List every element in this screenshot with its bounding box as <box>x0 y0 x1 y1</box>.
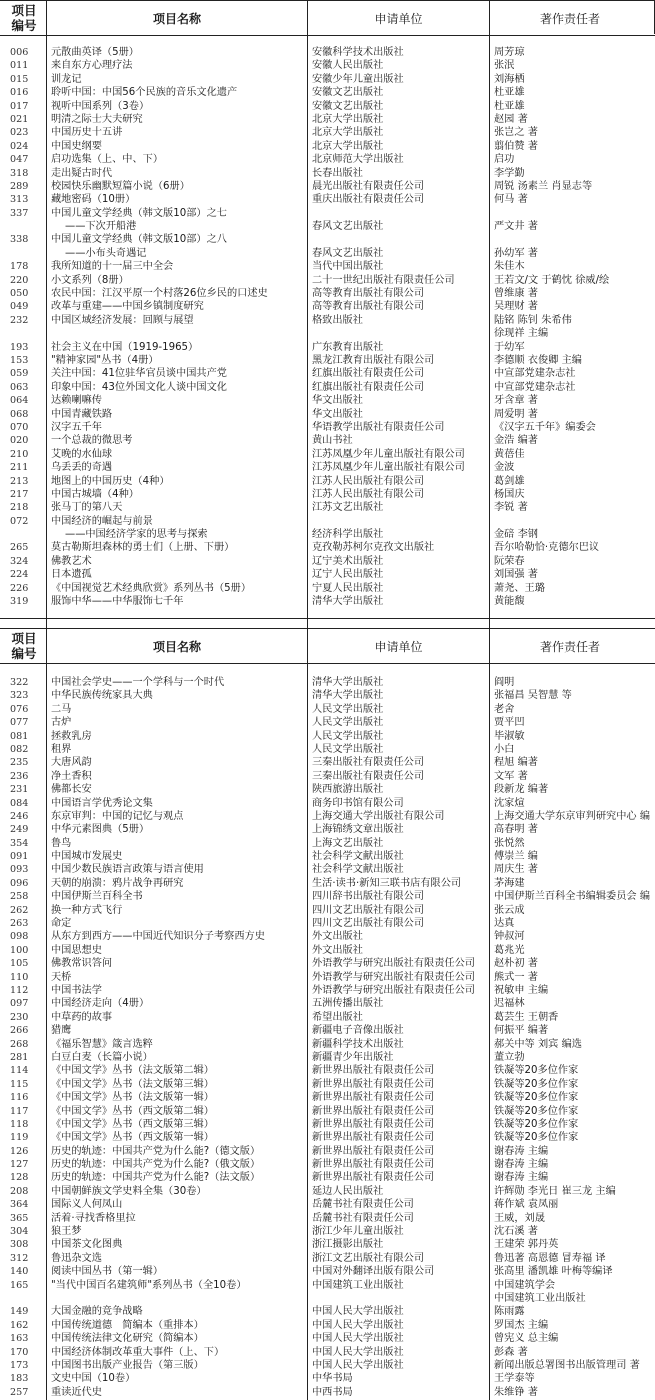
header-project-id: 项目 编号 <box>4 629 44 663</box>
author-cell: 朱佳木 <box>494 260 654 273</box>
project-name-cell: 中国传统法律文化研究（简编本） <box>51 1332 307 1345</box>
author-cell: 茅海建 <box>494 877 654 890</box>
project-id-cell: 289 <box>10 180 40 193</box>
project-id-cell: 213 <box>10 475 40 488</box>
table-row: 268《福乐智慧》箴言选粹新疆科学技术出版社郝关中等 刘宾 编选 <box>0 1038 655 1051</box>
author-cell: 周庆生 著 <box>494 863 654 876</box>
applicant-unit-cell: 红旗出版社有限责任公司 <box>312 367 488 380</box>
author-cell: 中宣部党建杂志社 <box>494 367 654 380</box>
author-cell: 钟叔河 <box>494 930 654 943</box>
author-cell: 李锐 著 <box>494 501 654 514</box>
project-id-cell: 049 <box>10 300 40 313</box>
author-cell: 铁凝等20多位作家 <box>494 1091 654 1104</box>
table-row: ——下次开船港春风文艺出版社严文井 著 <box>0 220 655 233</box>
table-row: 006元散曲英译（5册）安徽科学技术出版社周芳琼 <box>0 46 655 59</box>
author-cell: 中国伊斯兰百科全书编辑委员会 编 <box>494 890 654 903</box>
project-id-cell: 324 <box>10 555 40 568</box>
applicant-unit-cell: 高等教育出版社有限公司 <box>312 300 488 313</box>
project-id-cell: 208 <box>10 1185 40 1198</box>
project-name-cell: 天朝的崩溃：鸦片战争再研究 <box>51 877 307 890</box>
applicant-unit-cell: 安徽文艺出版社 <box>312 100 488 113</box>
project-name-cell: 聆听中国：中国56个民族的音乐文化遗产 <box>51 86 307 99</box>
table-row: 097中国经济走向（4册）五洲传播出版社迟福林 <box>0 997 655 1010</box>
author-cell: 金碚 李钢 <box>494 528 654 541</box>
author-cell: 阎明 <box>494 676 654 689</box>
applicant-unit-cell: 人民文学出版社 <box>312 730 488 743</box>
applicant-unit-cell: 新疆青少年出版社 <box>312 1051 488 1064</box>
table-row: 232中国区域经济发展：回顾与展望格致出版社陆铭 陈钊 朱希伟 <box>0 314 655 327</box>
applicant-unit-cell: 当代中国出版社 <box>312 260 488 273</box>
project-id-cell: 165 <box>10 1279 40 1292</box>
project-id-cell: 047 <box>10 153 40 166</box>
table-row: 170中国经济体制改革重大事件（上、下）中国人民大学出版社彭森 著 <box>0 1346 655 1359</box>
project-name-cell: ——中国经济学家的思考与探索 <box>51 528 321 541</box>
applicant-unit-cell: 四川文艺出版社有限公司 <box>312 917 488 930</box>
project-id-cell: 262 <box>10 904 40 917</box>
table-row: 262换一种方式飞行四川文艺出版社有限公司张云成 <box>0 904 655 917</box>
applicant-unit-cell: 中国人民大学出版社 <box>312 1305 488 1318</box>
project-name-cell: 猎鹰 <box>51 1024 307 1037</box>
table-row: 096天朝的崩溃：鸦片战争再研究生活·读书·新知三联书店有限公司茅海建 <box>0 877 655 890</box>
applicant-unit-cell: 社会科学文献出版社 <box>312 863 488 876</box>
project-id-cell: 082 <box>10 743 40 756</box>
table-row: 226《中国视觉艺术经典欣赏》系列丛书（5册）宁夏人民出版社萧尧、王璐 <box>0 582 655 595</box>
author-cell: 曾维康 著 <box>494 287 654 300</box>
project-name-cell: 从东方到西方——中国近代知识分子考察西方史 <box>51 930 307 943</box>
project-name-cell: 中国历史十五讲 <box>51 126 307 139</box>
table-row: 213地图上的中国历史（4种）江苏人民出版社有限公司葛剑雄 <box>0 475 655 488</box>
project-name-cell: 阅读中国丛书（第一辑） <box>51 1265 307 1278</box>
project-id-cell: 024 <box>10 140 40 153</box>
project-name-cell: 中国少数民族语言政策与语言使用 <box>51 863 307 876</box>
table-row: 119《中国文学》丛书（西文版第一辑）新世界出版社有限责任公司铁凝等20多位作家 <box>0 1131 655 1144</box>
project-id-cell: 312 <box>10 1252 40 1265</box>
project-id-cell: 232 <box>10 314 40 327</box>
applicant-unit-cell: 江苏人民出版社有限公司 <box>312 475 488 488</box>
author-cell: 高春明 著 <box>494 823 654 836</box>
table-row: 072中国经济的崛起与前景 <box>0 515 655 528</box>
applicant-unit-cell: 清华大学出版社 <box>312 689 488 702</box>
table-row: 304狼王梦浙江少年儿童出版社沈石溪 著 <box>0 1225 655 1238</box>
table-row: 263命定四川文艺出版社有限公司达真 <box>0 917 655 930</box>
project-id-cell: 059 <box>10 367 40 380</box>
author-cell: 于幼军 <box>494 341 654 354</box>
project-name-cell: 中华民族传统家具大典 <box>51 689 307 702</box>
project-id-cell: 268 <box>10 1038 40 1051</box>
project-id-cell: 115 <box>10 1078 40 1091</box>
table-row: 165"当代中国百名建筑师"系列丛书（全10卷）中国建筑工业出版社中国建筑学会 <box>0 1279 655 1292</box>
applicant-unit-cell: 岳麓书社有限责任公司 <box>312 1212 488 1225</box>
project-name-cell: 《中国视觉艺术经典欣赏》系列丛书（5册） <box>51 582 307 595</box>
project-id-cell: 258 <box>10 890 40 903</box>
header-project-name: 项目名称 <box>47 1 307 35</box>
project-name-cell: 鲁鸟 <box>51 837 307 850</box>
project-id-cell: 235 <box>10 756 40 769</box>
applicant-unit-cell: 华文出版社 <box>312 394 488 407</box>
applicant-unit-cell: 上海锦绣文章出版社 <box>312 823 488 836</box>
table-row: 365活着·寻找香格里拉岳麓书社有限责任公司王威，刘晟 <box>0 1212 655 1225</box>
author-cell: 李德顺 衣俊卿 主编 <box>494 354 654 367</box>
applicant-unit-cell: 辽宁人民出版社 <box>312 568 488 581</box>
applicant-unit-cell: 重庆出版社有限责任公司 <box>312 193 488 206</box>
author-cell: 许辉勋 李光日 崔三龙 主编 <box>494 1185 654 1198</box>
project-id-cell: 110 <box>10 971 40 984</box>
project-name-cell: 中国伊斯兰百科全书 <box>51 890 307 903</box>
applicant-unit-cell: 延边人民出版社 <box>312 1185 488 1198</box>
table-row: 249中华元素图典（5册）上海锦绣文章出版社高春明 著 <box>0 823 655 836</box>
project-name-cell: 佛教常识答问 <box>51 957 307 970</box>
author-cell: 董立勃 <box>494 1051 654 1064</box>
table-header: 项目 编号 项目名称 申请单位 著作责任者 <box>0 0 655 36</box>
project-id-cell: 020 <box>10 434 40 447</box>
project-id-cell: 064 <box>10 394 40 407</box>
table-row: 063印象中国：43位外国文化人谈中国文化红旗出版社有限责任公司中宣部党建杂志社 <box>0 381 655 394</box>
table-row: 235大唐风韵三秦出版社有限责任公司程旭 编著 <box>0 756 655 769</box>
project-name-cell: 换一种方式飞行 <box>51 904 307 917</box>
table-row: 016聆听中国：中国56个民族的音乐文化遗产安徽文艺出版社杜亚雄 <box>0 86 655 99</box>
header-id-line1: 项目 <box>11 631 36 646</box>
project-id-cell: 226 <box>10 582 40 595</box>
project-id-cell: 220 <box>10 274 40 287</box>
project-id-cell: 153 <box>10 354 40 367</box>
project-id-cell: 128 <box>10 1171 40 1184</box>
project-name-cell: 训龙记 <box>51 73 307 86</box>
table-body: 322中国社会学史——一个学科与一个时代清华大学出版社阎明323中华民族传统家具… <box>0 676 655 1399</box>
project-id-cell: 070 <box>10 421 40 434</box>
applicant-unit-cell: 安徽文艺出版社 <box>312 86 488 99</box>
project-id-cell: 178 <box>10 260 40 273</box>
project-id-cell: 266 <box>10 1024 40 1037</box>
project-id-cell: 338 <box>10 233 40 246</box>
project-id-cell: 170 <box>10 1346 40 1359</box>
project-id-cell: 126 <box>10 1145 40 1158</box>
author-cell: 孙幼军 著 <box>494 247 654 260</box>
project-name-cell: 我所知道的十一届三中全会 <box>51 260 307 273</box>
project-id-cell: 173 <box>10 1359 40 1372</box>
table-row: 114《中国文学》丛书（法文版第二辑）新世界出版社有限责任公司铁凝等20多位作家 <box>0 1064 655 1077</box>
applicant-unit-cell: 华语教学出版社有限责任公司 <box>312 421 488 434</box>
project-id-cell: 163 <box>10 1332 40 1345</box>
author-cell: 铁凝等20多位作家 <box>494 1131 654 1144</box>
author-cell: 贾平凹 <box>494 716 654 729</box>
table-row: 364国际义人何凤山岳麓书社有限责任公司蒋作斌 袁凤丽 <box>0 1198 655 1211</box>
table-row: 173中国图书出版产业报告（第三版）中国人民大学出版社新闻出版总署图书出版管理司… <box>0 1359 655 1372</box>
project-name-cell: 中国朝鲜族文学史料全集（30卷） <box>51 1185 307 1198</box>
table-row: 257重读近代史中西书局朱维铮 著 <box>0 1386 655 1399</box>
table-row: 318走出疑古时代长春出版社李学勤 <box>0 167 655 180</box>
table-row: 323中华民族传统家具大典清华大学出版社张福昌 吴智慧 等 <box>0 689 655 702</box>
project-name-cell: 中草药的故事 <box>51 1011 307 1024</box>
table-row: 322中国社会学史——一个学科与一个时代清华大学出版社阎明 <box>0 676 655 689</box>
applicant-unit-cell: 北京师范大学出版社 <box>312 153 488 166</box>
author-cell: 郝关中等 刘宾 编选 <box>494 1038 654 1051</box>
author-cell: 朱维铮 著 <box>494 1386 654 1399</box>
applicant-unit-cell: 陕西旅游出版社 <box>312 783 488 796</box>
project-id-cell: 016 <box>10 86 40 99</box>
project-id-cell: 365 <box>10 1212 40 1225</box>
project-name-cell: ——小布头奇遇记 <box>51 247 321 260</box>
applicant-unit-cell: 经济科学出版社 <box>312 528 488 541</box>
project-name-cell: 中国儿童文学经典（韩文版10部）之八 <box>51 233 307 246</box>
applicant-unit-cell: 新世界出版社有限责任公司 <box>312 1158 488 1171</box>
author-cell: 启功 <box>494 153 654 166</box>
project-name-cell: 中国经济体制改革重大事件（上、下） <box>51 1346 307 1359</box>
author-cell: 鲁迅著 高恩德 冒寿福 译 <box>494 1252 654 1265</box>
project-id-cell: 140 <box>10 1265 40 1278</box>
table-row: 115《中国文学》丛书（法文版第三辑）新世界出版社有限责任公司铁凝等20多位作家 <box>0 1078 655 1091</box>
project-name-cell: 狼王梦 <box>51 1225 307 1238</box>
project-name-cell: 二马 <box>51 703 307 716</box>
project-name-cell: 历史的轨迹：中国共产党为什么能?（俄文版） <box>51 1158 307 1171</box>
project-name-cell: 校园快乐幽默短篇小说（6册） <box>51 180 307 193</box>
applicant-unit-cell: 广东教育出版社 <box>312 341 488 354</box>
table-row: 064达赖喇嘛传华文出版社牙含章 著 <box>0 394 655 407</box>
applicant-unit-cell: 北京大学出版社 <box>312 140 488 153</box>
author-cell: 沈家煊 <box>494 797 654 810</box>
author-cell: 杜亚雄 <box>494 86 654 99</box>
project-name-cell: "精神家园"丛书（4册） <box>51 354 307 367</box>
author-cell: 杜亚雄 <box>494 100 654 113</box>
project-id-cell: 119 <box>10 1131 40 1144</box>
author-cell: 吴理财 著 <box>494 300 654 313</box>
table-row: 211乌丢丢的奇遇江苏凤凰少年儿童出版社有限公司金波 <box>0 461 655 474</box>
author-cell: 罗国杰 主编 <box>494 1319 654 1332</box>
project-id-cell: 210 <box>10 448 40 461</box>
table-row: 289校园快乐幽默短篇小说（6册）晨光出版社有限责任公司周锐 汤素兰 肖显志等 <box>0 180 655 193</box>
table-row: 098从东方到西方——中国近代知识分子考察西方史外文出版社钟叔河 <box>0 930 655 943</box>
author-cell: 新闻出版总署图书出版管理司 著 <box>494 1359 654 1372</box>
project-id-cell: 068 <box>10 408 40 421</box>
applicant-unit-cell: 外文出版社 <box>312 944 488 957</box>
applicant-unit-cell: 清华大学出版社 <box>312 676 488 689</box>
table-row: 354鲁鸟上海文艺出版社张悦然 <box>0 837 655 850</box>
project-name-cell: 中国思想史 <box>51 944 307 957</box>
table-row: 077古炉人民文学出版社贾平凹 <box>0 716 655 729</box>
project-name-cell: 大唐风韵 <box>51 756 307 769</box>
applicant-unit-cell: 新世界出版社有限责任公司 <box>312 1131 488 1144</box>
project-name-cell: 大国金融的竞争战略 <box>51 1305 307 1318</box>
applicant-unit-cell: 格致出版社 <box>312 314 488 327</box>
project-name-cell: 白豆白麦（长篇小说） <box>51 1051 307 1064</box>
table-row: 266猎鹰新疆电子音像出版社何振平 编著 <box>0 1024 655 1037</box>
author-cell: 金浩 编著 <box>494 434 654 447</box>
author-cell: 铁凝等20多位作家 <box>494 1078 654 1091</box>
applicant-unit-cell: 中国人民大学出版社 <box>312 1346 488 1359</box>
author-cell: 上海交通大学东京审判研究中心 编 <box>494 810 654 823</box>
author-cell: 王威，刘晟 <box>494 1212 654 1225</box>
project-name-cell: 中华元素图典（5册） <box>51 823 307 836</box>
author-cell: 老舍 <box>494 703 654 716</box>
applicant-unit-cell: 清华大学出版社 <box>312 595 488 608</box>
author-cell: 陈雨露 <box>494 1305 654 1318</box>
project-id-cell: 076 <box>10 703 40 716</box>
table-row: 153"精神家园"丛书（4册）黑龙江教育出版社有限公司李德顺 衣俊卿 主编 <box>0 354 655 367</box>
project-name-cell: 张马丁的第八天 <box>51 501 307 514</box>
project-name-cell: 视听中国系列（3卷） <box>51 100 307 113</box>
applicant-unit-cell: 三秦出版社有限责任公司 <box>312 770 488 783</box>
project-name-cell: 乌丢丢的奇遇 <box>51 461 307 474</box>
header-id-line1: 项目 <box>11 3 36 18</box>
project-id-cell: 077 <box>10 716 40 729</box>
project-id-cell: 217 <box>10 488 40 501</box>
table-row: 313藏地密码（10册）重庆出版社有限责任公司何马 著 <box>0 193 655 206</box>
table-row: ——小布头奇遇记春风文艺出版社孙幼军 著 <box>0 247 655 260</box>
author-cell: 谢春涛 主编 <box>494 1171 654 1184</box>
author-cell: 谢春涛 主编 <box>494 1145 654 1158</box>
table-row: 178我所知道的十一届三中全会当代中国出版社朱佳木 <box>0 260 655 273</box>
table-row: 265莫古勒斯坦森林的勇士们（上册、下册）克孜勒苏柯尔克孜文出版社吾尔哈勒恰·克… <box>0 541 655 554</box>
table-bottom-border <box>0 618 655 619</box>
project-id-cell: 127 <box>10 1158 40 1171</box>
applicant-unit-cell: 克孜勒苏柯尔克孜文出版社 <box>312 541 488 554</box>
project-name-cell: 社会主义在中国（1919-1965） <box>51 341 307 354</box>
applicant-unit-cell: 商务印书馆有限公司 <box>312 797 488 810</box>
table-row: 128历史的轨迹：中国共产党为什么能?（法文版）新世界出版社有限责任公司谢春涛 … <box>0 1171 655 1184</box>
author-cell: 铁凝等20多位作家 <box>494 1105 654 1118</box>
applicant-unit-cell: 江苏人民出版社有限公司 <box>312 488 488 501</box>
applicant-unit-cell: 二十一世纪出版社有限责任公司 <box>312 274 488 287</box>
project-name-cell: 改革与重建——中国乡镇制度研究 <box>51 300 307 313</box>
header-project-id: 项目 编号 <box>4 1 44 35</box>
project-id-cell: 308 <box>10 1238 40 1251</box>
applicant-unit-cell: 北京大学出版社 <box>312 113 488 126</box>
table-row: 236净土香积三秦出版社有限责任公司文军 著 <box>0 770 655 783</box>
project-name-cell: 小文系列（8册） <box>51 274 307 287</box>
project-name-cell: ——下次开船港 <box>51 220 321 233</box>
project-id-cell: 015 <box>10 73 40 86</box>
project-id-cell: 318 <box>10 167 40 180</box>
author-cell: 段新龙 编著 <box>494 783 654 796</box>
project-name-cell: "当代中国百名建筑师"系列丛书（全10卷） <box>51 1279 307 1292</box>
author-cell: 杨国庆 <box>494 488 654 501</box>
author-cell: 牙含章 著 <box>494 394 654 407</box>
author-cell: 毕淑敏 <box>494 730 654 743</box>
author-cell: 彭森 著 <box>494 1346 654 1359</box>
project-name-cell: 中国城市发展史 <box>51 850 307 863</box>
author-cell: 蒋作斌 袁凤丽 <box>494 1198 654 1211</box>
table-header: 项目 编号 项目名称 申请单位 著作责任者 <box>0 628 655 664</box>
project-id-cell: 231 <box>10 783 40 796</box>
project-name-cell: 中国青藏铁路 <box>51 408 307 421</box>
author-cell: 刘国强 著 <box>494 568 654 581</box>
applicant-unit-cell: 春风文艺出版社 <box>312 220 488 233</box>
table-row: 220小文系列（8册）二十一世纪出版社有限责任公司王若文/文 于鹤忱 徐威/绘 <box>0 274 655 287</box>
table-row: 230中草药的故事希望出版社葛芸生 王朝香 <box>0 1011 655 1024</box>
project-id-cell: 072 <box>10 515 40 528</box>
table-row: 081拯救乳房人民文学出版社毕淑敏 <box>0 730 655 743</box>
applicant-unit-cell: 黄山书社 <box>312 434 488 447</box>
project-id-cell: 081 <box>10 730 40 743</box>
applicant-unit-cell: 五洲传播出版社 <box>312 997 488 1010</box>
applicant-unit-cell: 中国建筑工业出版社 <box>312 1279 488 1292</box>
table-row: 050农民中国：江汉平原一个村落26位乡民的口述史高等教育出版社有限公司曾维康 … <box>0 287 655 300</box>
project-id-cell: 323 <box>10 689 40 702</box>
table-row: 047启功选集（上、中、下）北京师范大学出版社启功 <box>0 153 655 166</box>
author-cell: 严文井 著 <box>494 220 654 233</box>
project-name-cell: 中国古城墙（4种） <box>51 488 307 501</box>
project-id-cell: 249 <box>10 823 40 836</box>
table-row: 193社会主义在中国（1919-1965）广东教育出版社于幼军 <box>0 341 655 354</box>
author-cell: 赵朴初 著 <box>494 957 654 970</box>
author-cell: 祝敏申 主编 <box>494 984 654 997</box>
project-name-cell: 鲁迅杂文选 <box>51 1252 307 1265</box>
project-id-cell: 218 <box>10 501 40 514</box>
project-id-cell: 063 <box>10 381 40 394</box>
applicant-unit-cell: 长春出版社 <box>312 167 488 180</box>
author-cell: 黄能馥 <box>494 595 654 608</box>
project-name-cell: 汉字五千年 <box>51 421 307 434</box>
header-id-line2: 编号 <box>11 18 36 33</box>
project-name-cell: 走出疑古时代 <box>51 167 307 180</box>
author-cell: 铁凝等20多位作家 <box>494 1118 654 1131</box>
applicant-unit-cell: 新疆电子音像出版社 <box>312 1024 488 1037</box>
project-id-cell: 149 <box>10 1305 40 1318</box>
table-row: 110天桥外语教学与研究出版社有限责任公司熊式一 著 <box>0 971 655 984</box>
table-row: 091中国城市发展史社会科学文献出版社傅崇兰 编 <box>0 850 655 863</box>
project-id-cell: 337 <box>10 207 40 220</box>
project-id-cell: 364 <box>10 1198 40 1211</box>
project-id-cell: 023 <box>10 126 40 139</box>
author-cell: 张泯 <box>494 59 654 72</box>
header-id-line2: 编号 <box>11 646 36 661</box>
project-id-cell: 091 <box>10 850 40 863</box>
project-name-cell: 佛教艺术 <box>51 555 307 568</box>
project-id-cell: 017 <box>10 100 40 113</box>
author-cell: 王若文/文 于鹤忱 徐威/绘 <box>494 274 654 287</box>
project-name-cell: 中国社会学史——一个学科与一个时代 <box>51 676 307 689</box>
project-name-cell: 中国书法学 <box>51 984 307 997</box>
project-id-cell: 105 <box>10 957 40 970</box>
project-name-cell: 中国茶文化图典 <box>51 1238 307 1251</box>
applicant-unit-cell: 新世界出版社有限责任公司 <box>312 1091 488 1104</box>
table-row: 023中国历史十五讲北京大学出版社张岂之 著 <box>0 126 655 139</box>
project-name-cell: 《中国文学》丛书（法文版第一辑） <box>51 1091 307 1104</box>
applicant-unit-cell: 上海文艺出版社 <box>312 837 488 850</box>
author-cell: 葛剑雄 <box>494 475 654 488</box>
applicant-unit-cell: 新世界出版社有限责任公司 <box>312 1078 488 1091</box>
applicant-unit-cell: 人民文学出版社 <box>312 703 488 716</box>
applicant-unit-cell: 浙江摄影出版社 <box>312 1238 488 1251</box>
table-row: 246东京审判：中国的记忆与观点上海交通大学出版社有限公司上海交通大学东京审判研… <box>0 810 655 823</box>
author-cell: 周芳琼 <box>494 46 654 59</box>
project-name-cell: 东京审判：中国的记忆与观点 <box>51 810 307 823</box>
header-author: 著作责任者 <box>490 1 650 35</box>
applicant-unit-cell: 四川辞书出版社有限公司 <box>312 890 488 903</box>
table-row: 319服饰中华——中华服饰七千年清华大学出版社黄能馥 <box>0 595 655 608</box>
applicant-unit-cell: 江苏凤凰少年儿童出版社有限公司 <box>312 461 488 474</box>
table-row: 082租界人民文学出版社小白 <box>0 743 655 756</box>
applicant-unit-cell: 岳麓书社有限责任公司 <box>312 1198 488 1211</box>
applicant-unit-cell: 外语教学与研究出版社有限责任公司 <box>312 984 488 997</box>
applicant-unit-cell: 中国人民大学出版社 <box>312 1359 488 1372</box>
author-cell: 小白 <box>494 743 654 756</box>
project-id-cell: 100 <box>10 944 40 957</box>
project-name-cell: 关注中国：41位驻华官员谈中国共产党 <box>51 367 307 380</box>
project-id-cell: 313 <box>10 193 40 206</box>
applicant-unit-cell: 社会科学文献出版社 <box>312 850 488 863</box>
table-row: 140阅读中国丛书（第一辑）中国对外翻译出版有限公司张高里 潘凯雄 叶梅等编译 <box>0 1265 655 1278</box>
table-row: 127历史的轨迹：中国共产党为什么能?（俄文版）新世界出版社有限责任公司谢春涛 … <box>0 1158 655 1171</box>
project-name-cell: 《中国文学》丛书（西文版第三辑） <box>51 1118 307 1131</box>
author-cell: 葛芸生 王朝香 <box>494 1011 654 1024</box>
author-cell: 刘海栖 <box>494 73 654 86</box>
table-row: 112中国书法学外语教学与研究出版社有限责任公司祝敏申 主编 <box>0 984 655 997</box>
project-id-cell: 224 <box>10 568 40 581</box>
author-cell: 曾宪义 总主编 <box>494 1332 654 1345</box>
project-name-cell: 文史中国（10卷） <box>51 1372 307 1385</box>
author-cell: 李学勤 <box>494 167 654 180</box>
project-name-cell: 艾晚的水仙球 <box>51 448 307 461</box>
